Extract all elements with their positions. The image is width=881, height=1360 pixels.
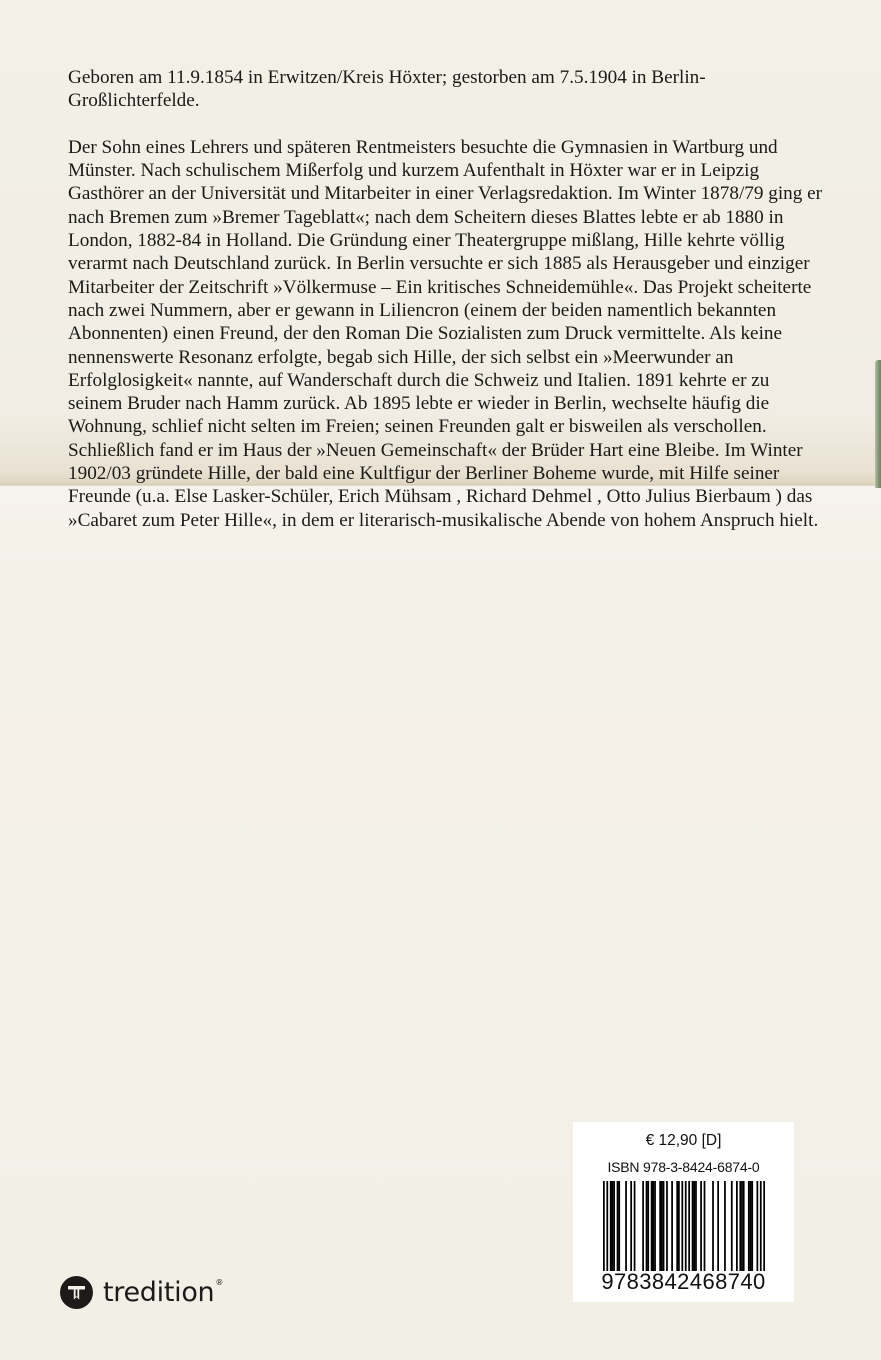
- price-label: € 12,90 [D]: [573, 1132, 794, 1150]
- bio-paragraph-life-dates: Geboren am 11.9.1854 in Erwitzen/Kreis H…: [68, 66, 828, 113]
- barcode-digits: 9783842468740: [573, 1269, 794, 1295]
- registered-mark: ®: [215, 1278, 223, 1287]
- isbn-label: ISBN 978-3-8424-6874-0: [573, 1159, 794, 1175]
- ean-barcode: [603, 1181, 765, 1271]
- bio-paragraph-career: Der Sohn eines Lehrers und späteren Rent…: [68, 136, 828, 532]
- publisher-logo: tredition ®: [60, 1274, 223, 1310]
- price-barcode-box: € 12,90 [D] ISBN 978-3-8424-6874-0 97838…: [573, 1122, 794, 1302]
- author-biography: Geboren am 11.9.1854 in Erwitzen/Kreis H…: [68, 66, 828, 555]
- edge-green-strip: [875, 360, 881, 488]
- tredition-t-mark-icon: [60, 1276, 93, 1309]
- publisher-name: tredition: [103, 1277, 214, 1308]
